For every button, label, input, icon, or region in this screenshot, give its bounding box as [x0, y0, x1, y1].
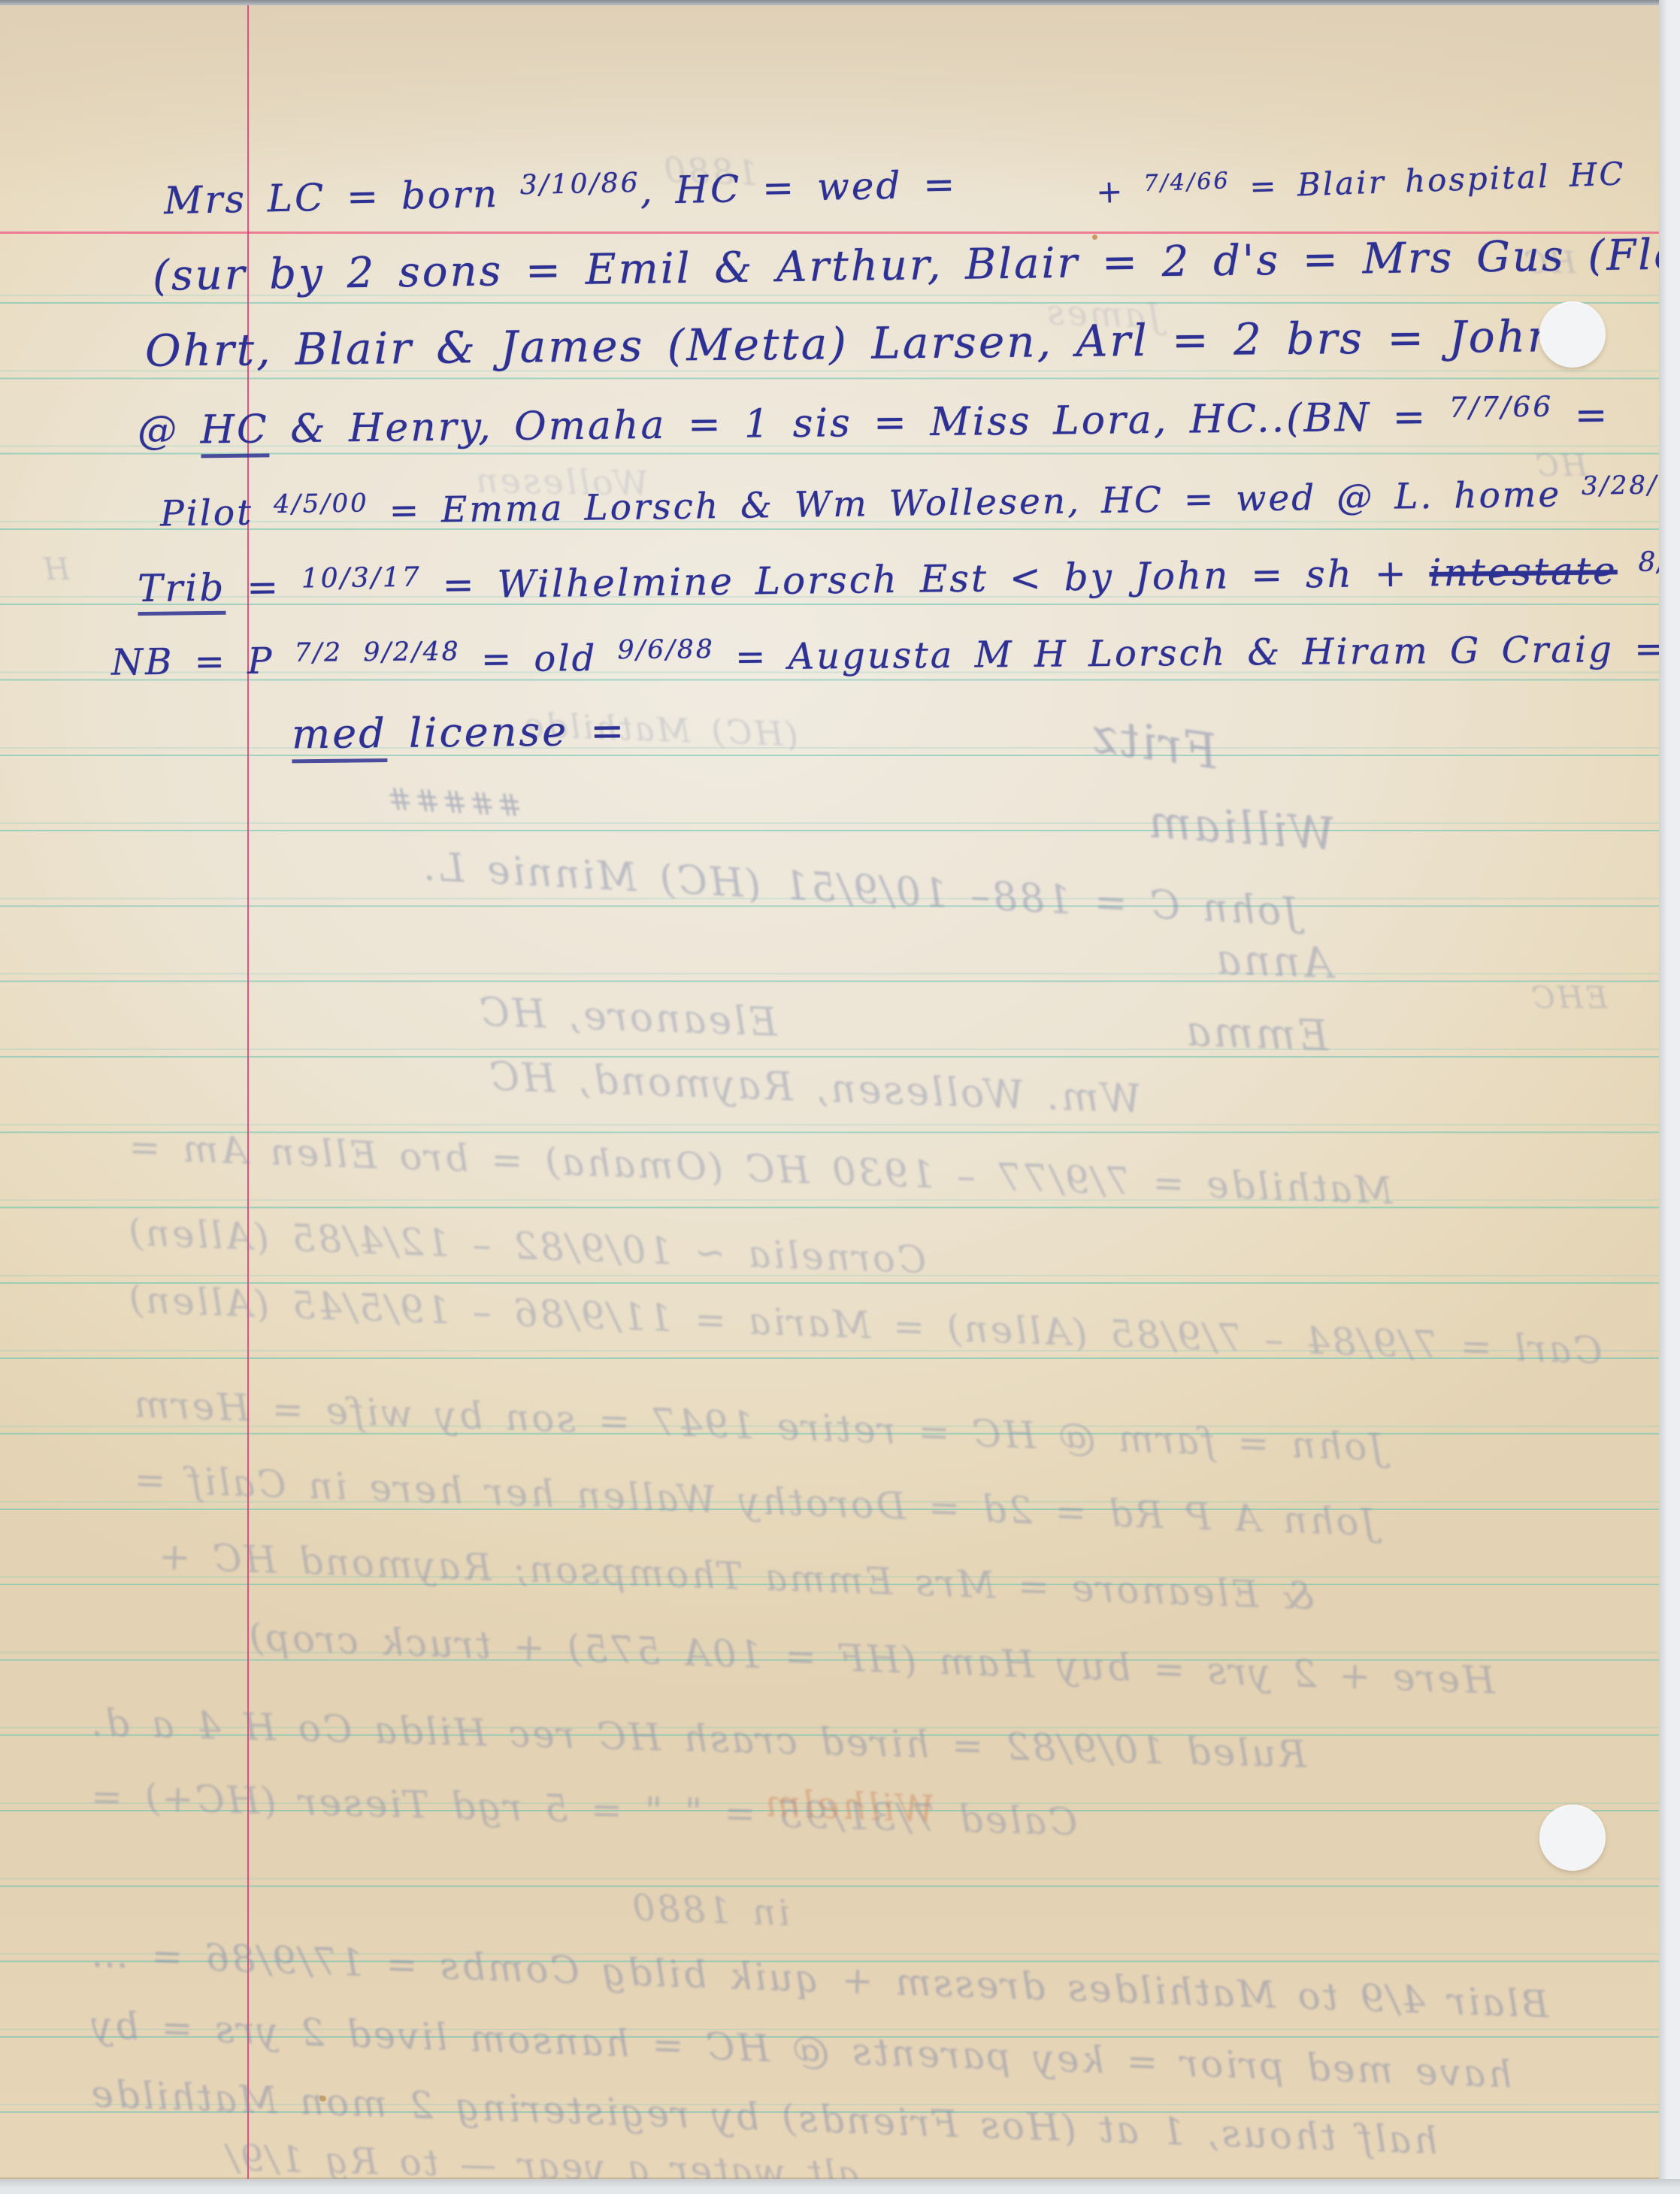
scanned-document: 1880JamesWollesenHCHCH(HC) Mathilde#####…	[0, 0, 1680, 2194]
scanner-edge-top	[0, 0, 1680, 5]
note-line-8: med license =	[292, 711, 627, 755]
paper-speck	[319, 2096, 326, 2102]
ghost-mark-h: H	[41, 555, 70, 585]
ghost-in-1880: in 1880	[629, 1890, 790, 1931]
ghost-wilhelm-red: Wilhelm	[762, 1784, 935, 1828]
paper-speck	[1092, 235, 1097, 240]
ghost-william: William	[1145, 799, 1336, 857]
scanner-edge-right	[1659, 0, 1680, 2194]
ghost-emma: Emma	[1183, 1011, 1329, 1058]
ghost-scribble: #####	[384, 784, 522, 822]
punch-hole-top	[1539, 301, 1606, 368]
ghost-eleanore: Eleanore, HC	[477, 993, 778, 1043]
punch-hole-bottom	[1539, 1805, 1606, 1871]
ghost-anna: Anna	[1213, 939, 1333, 985]
ghost-ehc: EHC	[1530, 983, 1608, 1013]
scanner-edge-bottom	[0, 2179, 1680, 2194]
